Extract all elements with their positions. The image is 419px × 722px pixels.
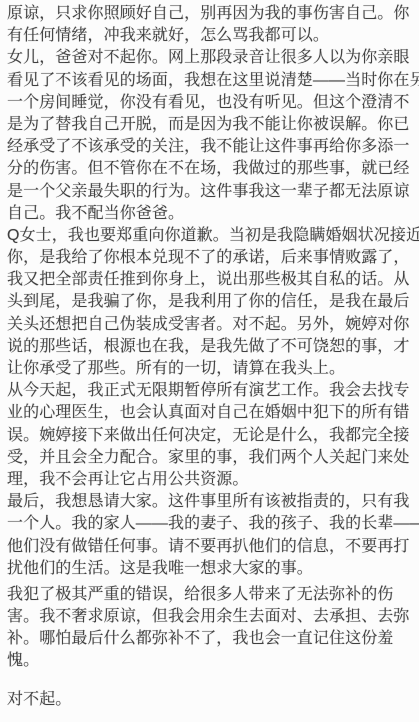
text-line: 是为了替我自己开脱，而是因为我不能让你被误解。你已 xyxy=(7,114,413,136)
apology-statement-text: 原谅，只求你照顾好自己，别再因为我的事伤害自己。你有任何情绪，冲我来就好，怎么骂… xyxy=(0,0,419,711)
text-line: 我又把全部责任推到你身上，说出那些极其自私的话。从 xyxy=(7,269,413,291)
text-line: 女儿，爸爸对不起你。网上那段录音让很多人以为你亲眼 xyxy=(7,47,413,69)
text-line: 补。哪怕最后什么都弥补不了，我也会一直记住这份羞 xyxy=(7,628,413,650)
text-line: 害。我不奢求原谅，但我会用余生去面对、去承担、去弥 xyxy=(7,606,413,628)
paragraph-2: 女儿，爸爸对不起你。网上那段录音让很多人以为你亲眼看见了不该看见的场面，我想在这… xyxy=(7,47,413,225)
text-line: 他们没有做错任何事。请不要再扒他们的信息，不要再打 xyxy=(7,536,413,558)
text-line: 愧。 xyxy=(7,650,413,672)
text-line: 是一个父亲最失职的行为。这件事我这一辈子都无法原谅 xyxy=(7,181,413,203)
paragraph-1: 原谅，只求你照顾好自己，别再因为我的事伤害自己。你有任何情绪，冲我来就好，怎么骂… xyxy=(7,3,413,47)
paragraph-6: 我犯了极其严重的错误，给很多人带来了无法弥补的伤害。我不奢求原谅，但我会用余生去… xyxy=(7,584,413,673)
text-line: 最后，我想恳请大家。这件事里所有该被指责的，只有我 xyxy=(7,491,413,513)
paragraph-4: 从今天起，我正式无限期暂停所有演艺工作。我会去找专业的心理医生，也会认真面对自己… xyxy=(7,380,413,491)
paragraph-5: 最后，我想恳请大家。这件事里所有该被指责的，只有我一个人。我的家人——我的妻子、… xyxy=(7,491,413,580)
text-line: 一个人。我的家人——我的妻子、我的孩子、我的长辈—— xyxy=(7,513,413,535)
text-line: 受，并且会全力配合。家里的事，我们两个人关起门来处 xyxy=(7,447,413,469)
text-line: 经承受了不该承受的关注，我不能让这件事再给你多添一 xyxy=(7,136,413,158)
text-line: 一个房间睡觉，你没有看见，也没有听见。但这个澄清不 xyxy=(7,92,413,114)
text-line: 扰他们的生活。这是我唯一想求大家的事。 xyxy=(7,558,413,580)
text-line: 业的心理医生，也会认真面对自己在婚姻中犯下的所有错 xyxy=(7,402,413,424)
text-line: 头到尾，是我骗了你，是我利用了你的信任，是我在最后 xyxy=(7,291,413,313)
paragraph-7: 对不起。 xyxy=(7,689,413,711)
text-line: 从今天起，我正式无限期暂停所有演艺工作。我会去找专 xyxy=(7,380,413,402)
text-line: 有任何情绪，冲我来就好，怎么骂我都可以。 xyxy=(7,25,413,47)
text-line: 自己。我不配当你爸爸。 xyxy=(7,203,413,225)
text-line: 分的伤害。但不管你在不在场，我做过的那些事，就已经 xyxy=(7,158,413,180)
text-line: 关头还想把自己伪装成受害者。对不起。另外，婉婷对你 xyxy=(7,314,413,336)
text-line: 理，我不会再让它占用公共资源。 xyxy=(7,469,413,491)
text-line: 你，是我给了你根本兑现不了的承诺，后来事情败露了， xyxy=(7,247,413,269)
text-line: 让你承受了那些。所有的一切，请算在我头上。 xyxy=(7,358,413,380)
text-line: 原谅，只求你照顾好自己，别再因为我的事伤害自己。你 xyxy=(7,3,413,25)
text-line: 说的那些话，根源也在我，是我先做了不可饶恕的事，才 xyxy=(7,336,413,358)
paragraph-3: Q女士，我也要郑重向你道歉。当初是我隐瞒婚姻状况接近你，是我给了你根本兑现不了的… xyxy=(7,225,413,380)
text-line: 看见了不该看见的场面，我想在这里说清楚——当时你在另 xyxy=(7,70,413,92)
text-line: 误。婉婷接下来做出任何决定，无论是什么，我都完全接 xyxy=(7,425,413,447)
text-line: 我犯了极其严重的错误，给很多人带来了无法弥补的伤 xyxy=(7,584,413,606)
text-line: 对不起。 xyxy=(7,689,413,711)
text-line: Q女士，我也要郑重向你道歉。当初是我隐瞒婚姻状况接近 xyxy=(7,225,413,247)
